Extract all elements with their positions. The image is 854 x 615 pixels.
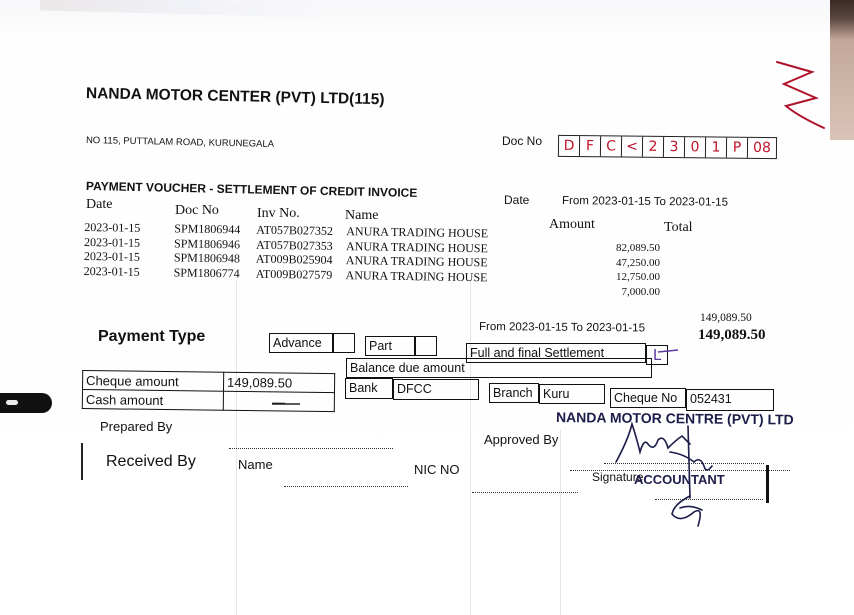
row-date: 2023-01-15 — [84, 235, 174, 251]
row-doc-no: SPM1806944 — [174, 221, 256, 237]
row-date: 2023-01-15 — [84, 263, 174, 279]
cheque-no-value: 052431 — [686, 389, 774, 411]
amount-column: 82,089.50 47,250.00 12,750.00 7,000.00 — [600, 241, 660, 299]
bank-label: Bank — [345, 378, 393, 399]
doc-no-char: C — [601, 136, 622, 156]
doc-no-char: 2 — [643, 137, 664, 157]
cash-amount-label: Cash amount — [82, 390, 223, 411]
row-amount: 12,750.00 — [600, 270, 660, 285]
bank-value: DFCC — [393, 379, 479, 400]
date-range: From 2023-01-15 To 2023-01-15 — [562, 195, 728, 209]
row-amount: 47,250.00 — [600, 256, 660, 271]
initial-scribble — [672, 496, 702, 526]
row-inv-no: AT009B025904 — [256, 252, 346, 268]
doc-no-boxes: D F C < 2 3 0 1 P 08 — [558, 135, 777, 159]
tick-mark: L — [653, 346, 661, 364]
row-date: 2023-01-15 — [84, 220, 174, 236]
paper-edge-shadow — [40, 0, 320, 18]
row-doc-no: SPM1806948 — [174, 250, 256, 266]
accountant-line[interactable] — [655, 499, 763, 500]
bleed-line — [470, 280, 471, 615]
payment-type-label: Payment Type — [98, 328, 205, 346]
row-doc-no: SPM1806946 — [174, 236, 256, 252]
amount-table: Cheque amount 149,089.50 Cash amount — — [82, 370, 335, 412]
advance-label: Advance — [269, 333, 333, 353]
prepared-by-line[interactable] — [229, 448, 393, 449]
accountant-stamp: ACCOUNTANT — [634, 472, 725, 487]
part-checkbox[interactable] — [415, 336, 437, 356]
part-label: Part — [365, 336, 415, 356]
branch-label: Branch — [489, 383, 539, 403]
cheque-no-label: Cheque No — [610, 388, 686, 408]
binder-clip — [0, 393, 52, 413]
cash-amount-value: — — [223, 391, 334, 411]
cheque-amount-value: 149,089.50 — [223, 372, 334, 392]
row-inv-no: AT009B027579 — [256, 266, 346, 282]
approved-by-label: Approved By — [484, 432, 558, 447]
settlement-range: From 2023-01-15 To 2023-01-15 — [479, 321, 645, 334]
row-amount: 7,000.00 — [600, 285, 660, 300]
row-date: 2023-01-15 — [84, 249, 174, 265]
subtotal: 149,089.50 — [700, 312, 752, 324]
column-header-total: Total — [664, 220, 693, 236]
date-label: Date — [504, 193, 529, 207]
company-address: NO 115, PUTTALAM ROAD, KURUNEGALA — [86, 135, 274, 150]
branch-value: Kuru — [539, 384, 605, 404]
received-by-label: Received By — [106, 453, 196, 471]
column-header-date: Date — [86, 197, 112, 213]
doc-no-char: P — [727, 138, 748, 158]
doc-no-char: F — [580, 136, 601, 156]
row-name: ANURA TRADING HOUSE — [346, 268, 488, 285]
voucher-title: PAYMENT VOUCHER - SETTLEMENT OF CREDIT I… — [86, 179, 418, 200]
column-header-inv-no: Inv No. — [257, 206, 300, 222]
row-doc-no: SPM1806774 — [174, 265, 256, 281]
invoice-rows: 2023-01-15 SPM1806944 AT057B027352 ANURA… — [84, 220, 489, 284]
balance-due-label: Balance due amount — [346, 358, 652, 378]
name-line[interactable] — [284, 486, 408, 487]
doc-no-char: < — [622, 137, 643, 157]
column-header-doc-no: Doc No — [175, 203, 219, 219]
voucher-paper: NANDA MOTOR CENTER (PVT) LTD(115) NO 115… — [0, 0, 854, 615]
red-checkmark-scribble — [777, 62, 824, 128]
right-border-bar — [766, 465, 769, 503]
advance-checkbox[interactable] — [333, 333, 355, 353]
column-header-name: Name — [345, 208, 378, 224]
doc-no-char: D — [559, 136, 580, 156]
prepared-by-label: Prepared By — [100, 419, 172, 434]
approved-line[interactable] — [604, 463, 764, 464]
left-border-bar — [81, 443, 83, 480]
grand-total: 149,089.50 — [698, 327, 766, 344]
nic-label: NIC NO — [414, 462, 460, 477]
company-title: NANDA MOTOR CENTER (PVT) LTD(115) — [86, 85, 385, 109]
name-label: Name — [238, 457, 273, 472]
cheque-amount-label: Cheque amount — [82, 371, 223, 392]
doc-no-char: 3 — [664, 137, 685, 157]
doc-no-char: 1 — [706, 137, 727, 157]
row-inv-no: AT057B027352 — [256, 223, 346, 239]
company-stamp: NANDA MOTOR CENTRE (PVT) LTD — [556, 409, 794, 427]
doc-no-char: 08 — [748, 138, 776, 158]
row-amount: 82,089.50 — [600, 241, 660, 256]
bleed-line — [560, 430, 561, 615]
folded-corner — [830, 0, 854, 140]
doc-no-label: Doc No — [502, 134, 542, 148]
column-header-amount: Amount — [549, 217, 595, 233]
nic-line[interactable] — [472, 492, 578, 493]
doc-no-char: 0 — [685, 137, 706, 157]
row-inv-no: AT057B027353 — [256, 237, 346, 253]
